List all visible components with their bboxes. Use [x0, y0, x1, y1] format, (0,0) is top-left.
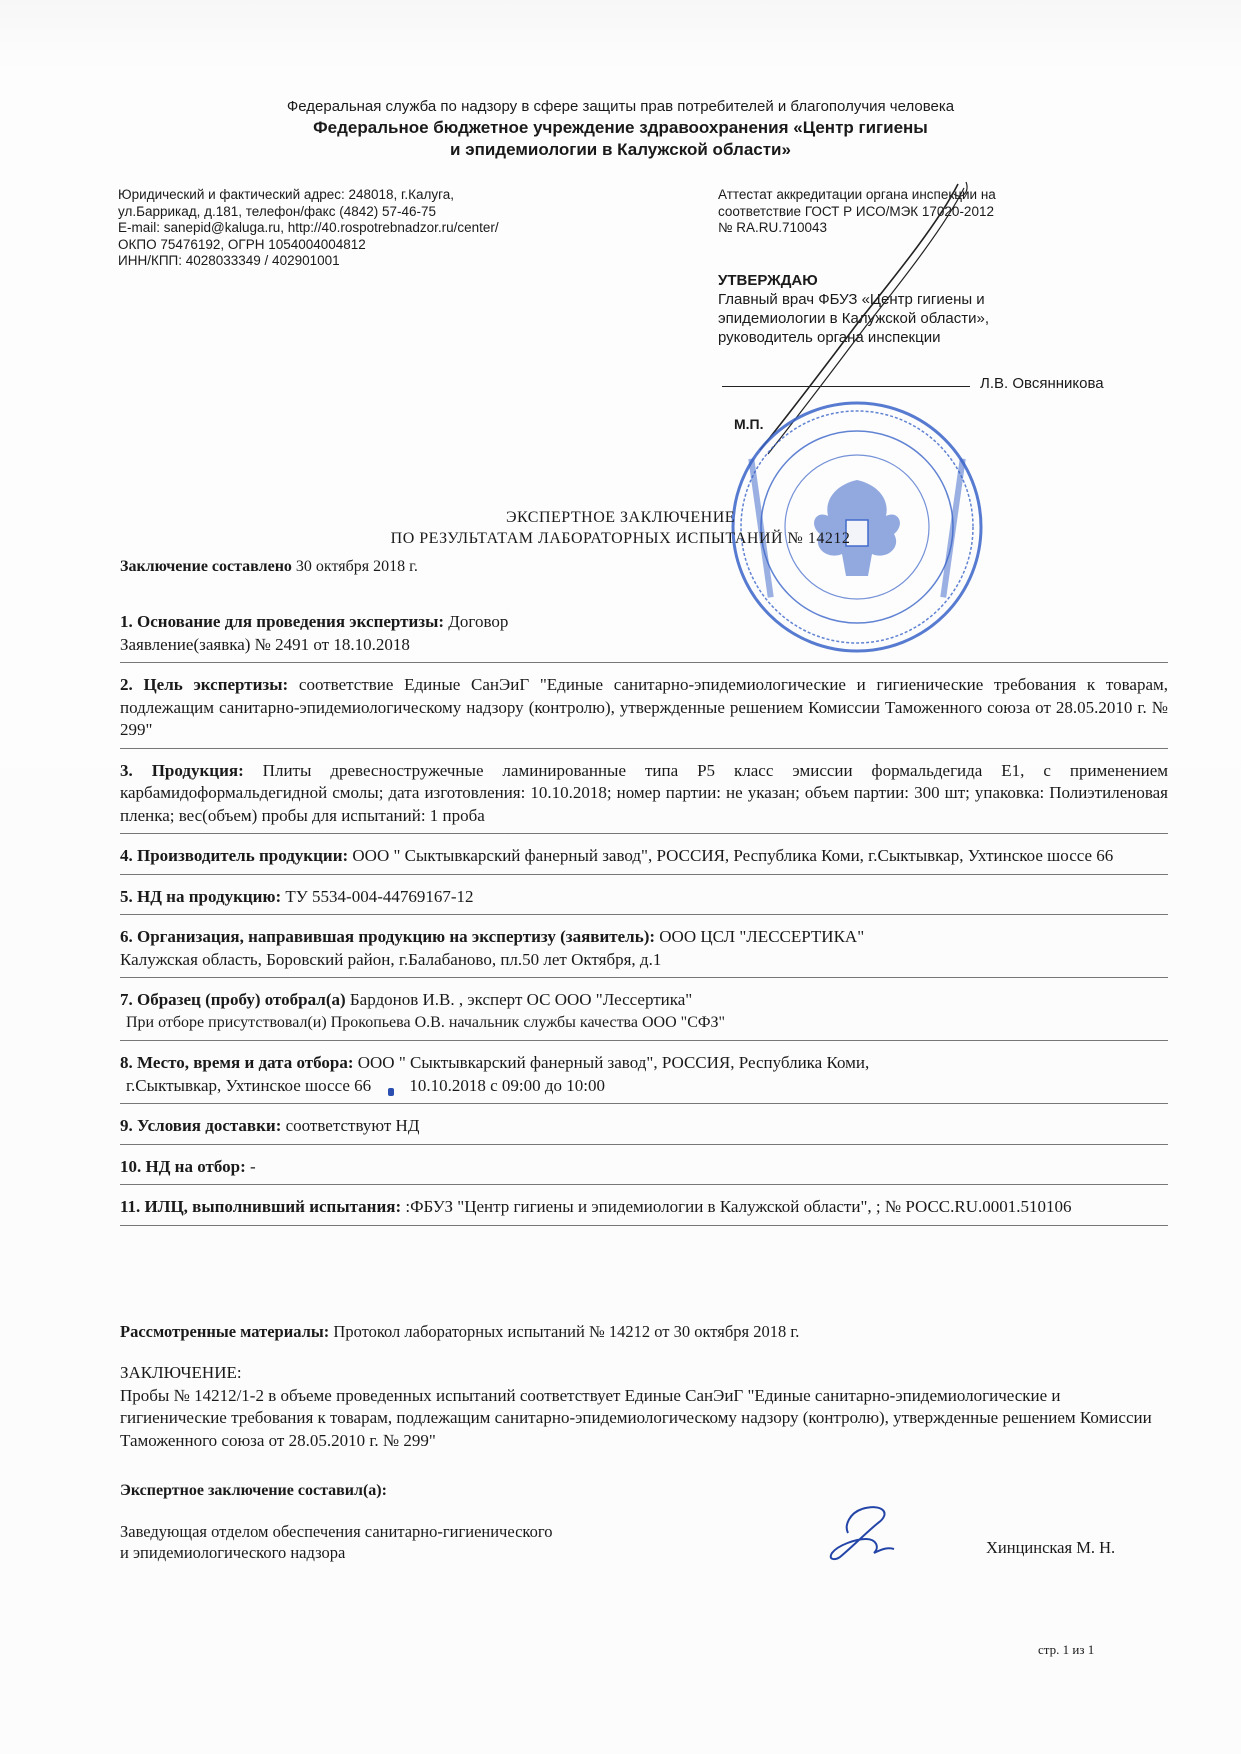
author-heading: Экспертное заключение составил(а):	[120, 1482, 387, 1500]
approver-name: Л.В. Овсянникова	[980, 375, 1104, 392]
section-value: Бардонов И.В. , эксперт ОС ООО "Лессерти…	[346, 990, 693, 1009]
document-title-line2: ПО РЕЗУЛЬТАТАМ ЛАБОРАТОРНЫХ ИСПЫТАНИЙ № …	[0, 530, 1241, 548]
section-laboratory: 11. ИЛЦ, выполнивший испытания: :ФБУЗ "Ц…	[120, 1193, 1168, 1226]
section-purpose: 2. Цель экспертизы: соответствие Единые …	[120, 671, 1168, 749]
section-value: соответствуют НД	[281, 1116, 419, 1135]
section-label: 8. Место, время и дата отбора:	[120, 1053, 353, 1072]
author-name: Хинцинская М. Н.	[986, 1538, 1115, 1558]
section-sampling-nd: 10. НД на отбор: -	[120, 1153, 1168, 1186]
author-position: Заведующая отделом обеспечения санитарно…	[120, 1521, 552, 1563]
section-normative-doc: 5. НД на продукцию: ТУ 5534-004-44769167…	[120, 883, 1168, 916]
reviewed-materials: Рассмотренные материалы: Протокол лабора…	[120, 1322, 799, 1342]
section-delivery: 9. Условия доставки: соответствуют НД	[120, 1112, 1168, 1145]
section-value: ООО " Сыктывкарский фанерный завод", РОС…	[353, 1053, 869, 1072]
section-value: Договор	[444, 612, 508, 631]
section-label: 3. Продукция:	[120, 761, 244, 780]
page-number: стр. 1 из 1	[1038, 1642, 1094, 1658]
section-label: 11. ИЛЦ, выполнивший испытания:	[120, 1197, 401, 1216]
section-value: -	[246, 1157, 256, 1176]
section-value: ООО " Сыктывкарский фанерный завод", РОС…	[348, 846, 1113, 865]
conclusion-block: ЗАКЛЮЧЕНИЕ: Пробы № 14212/1-2 в объеме п…	[120, 1362, 1170, 1452]
sections-list: 1. Основание для проведения экспертизы: …	[120, 608, 1168, 1234]
reviewed-label: Рассмотренные материалы:	[120, 1322, 329, 1341]
address-line: E-mail: sanepid@kaluga.ru, http://40.ros…	[118, 220, 499, 237]
address-line: ОКПО 75476192, ОГРН 1054004004812	[118, 237, 499, 254]
section-value: :ФБУЗ "Центр гигиены и эпидемиологии в К…	[401, 1197, 1071, 1216]
compiled-date: Заключение составлено 30 октября 2018 г.	[120, 558, 418, 576]
section-label: 6. Организация, направившая продукцию на…	[120, 927, 655, 946]
reviewed-value: Протокол лабораторных испытаний № 14212 …	[329, 1322, 799, 1341]
author-position-line: и эпидемиологического надзора	[120, 1542, 552, 1563]
agency-name: Федеральная служба по надзору в сфере за…	[0, 98, 1241, 115]
section-value: ООО ЦСЛ "ЛЕССЕРТИКА"	[655, 927, 864, 946]
section-extra: При отборе присутствовал(и) Прокопьева О…	[120, 1012, 1168, 1035]
author-position-line: Заведующая отделом обеспечения санитарно…	[120, 1521, 552, 1542]
section-applicant: 6. Организация, направившая продукцию на…	[120, 923, 1168, 978]
section-sampler: 7. Образец (пробу) отобрал(а) Бардонов И…	[120, 986, 1168, 1041]
conclusion-heading: ЗАКЛЮЧЕНИЕ:	[120, 1362, 1170, 1385]
section-sampling-place: 8. Место, время и дата отбора: ООО " Сык…	[120, 1049, 1168, 1104]
section-label: 1. Основание для проведения экспертизы:	[120, 612, 444, 631]
compiled-value: 30 октября 2018 г.	[292, 558, 418, 575]
institution-name-line1: Федеральное бюджетное учреждение здравоо…	[0, 118, 1241, 138]
address-line: Юридический и фактический адрес: 248018,…	[118, 187, 499, 204]
section-label: 9. Условия доставки:	[120, 1116, 281, 1135]
author-signature-icon	[822, 1503, 906, 1563]
section-extra: Заявление(заявка) № 2491 от 18.10.2018	[120, 634, 1168, 657]
section-label: 2. Цель экспертизы:	[120, 675, 288, 694]
section-product: 3. Продукция: Плиты древесностружечные л…	[120, 757, 1168, 835]
section-label: 5. НД на продукцию:	[120, 887, 281, 906]
section-manufacturer: 4. Производитель продукции: ООО " Сыктыв…	[120, 842, 1168, 875]
document-title-line1: ЭКСПЕРТНОЕ ЗАКЛЮЧЕНИЕ	[0, 509, 1241, 527]
section-value: ТУ 5534-004-44769167-12	[281, 887, 473, 906]
section-label: 7. Образец (пробу) отобрал(а)	[120, 990, 346, 1009]
document-page: Федеральная служба по надзору в сфере за…	[0, 0, 1241, 1754]
section-value: Плиты древесностружечные ламинированные …	[120, 761, 1168, 825]
address-block: Юридический и фактический адрес: 248018,…	[118, 187, 499, 270]
address-line: ул.Баррикад, д.181, телефон/факс (4842) …	[118, 204, 499, 221]
compiled-label: Заключение составлено	[120, 558, 292, 575]
conclusion-text: Пробы № 14212/1-2 в объеме проведенных и…	[120, 1386, 1152, 1450]
pen-mark	[388, 1088, 394, 1096]
section-label: 10. НД на отбор:	[120, 1157, 246, 1176]
section-extra: Калужская область, Боровский район, г.Ба…	[120, 949, 1168, 972]
section-basis: 1. Основание для проведения экспертизы: …	[120, 608, 1168, 663]
institution-name-line2: и эпидемиологии в Калужской области»	[0, 140, 1241, 160]
section-extra: г.Сыктывкар, Ухтинское шоссе 66 10.10.20…	[120, 1075, 1168, 1098]
address-line: ИНН/КПП: 4028033349 / 402901001	[118, 253, 499, 270]
section-label: 4. Производитель продукции:	[120, 846, 348, 865]
